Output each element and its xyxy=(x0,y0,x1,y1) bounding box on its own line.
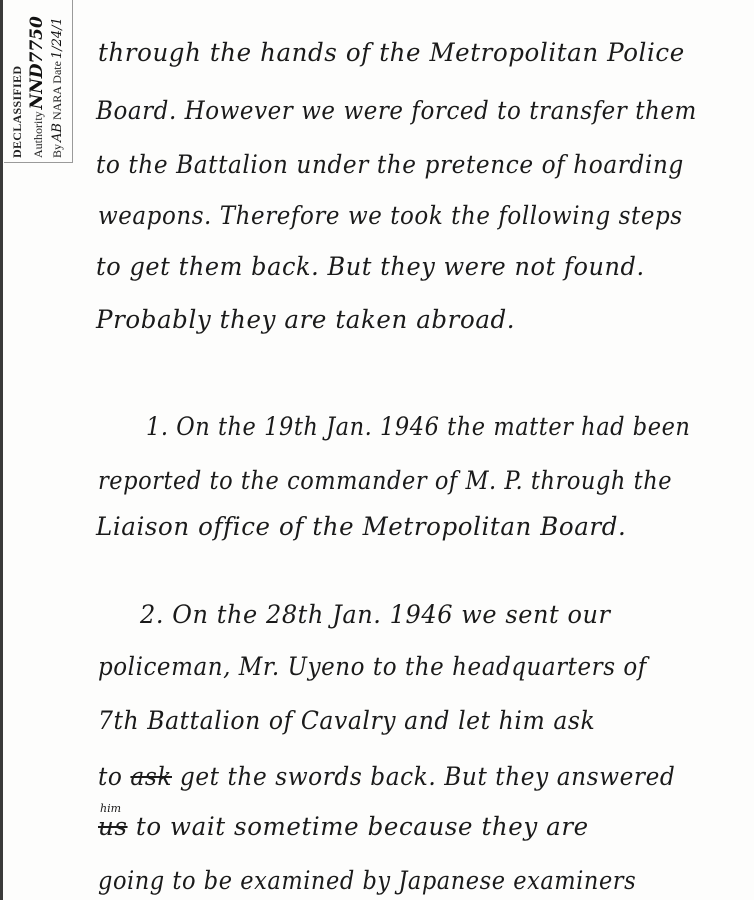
text-line: Board. However we were forced to transfe… xyxy=(96,96,697,125)
text-line: policeman, Mr. Uyeno to the headquarters… xyxy=(98,652,647,681)
handwritten-page: through the hands of the Metropolitan Po… xyxy=(0,0,754,900)
struck-word: ask xyxy=(130,762,172,791)
text-line: reported to the commander of M. P. throu… xyxy=(98,466,672,495)
text-line: Probably they are taken abroad. xyxy=(96,305,515,334)
text-line: weapons. Therefore we took the following… xyxy=(98,201,683,230)
text-line: 2. On the 28th Jan. 1946 we sent our xyxy=(140,600,611,629)
text-line: to ask get the swords back. But they ans… xyxy=(98,762,675,791)
text-line: through the hands of the Metropolitan Po… xyxy=(98,38,685,67)
text-segment: to wait sometime because they are xyxy=(128,812,589,841)
text-line: to the Battalion under the pretence of h… xyxy=(96,150,684,179)
text-line: to get them back. But they were not foun… xyxy=(96,252,645,281)
text-line: Liaison office of the Metropolitan Board… xyxy=(96,512,626,541)
text-line: 7th Battalion of Cavalry and let him ask xyxy=(98,706,595,735)
text-line: 1. On the 19th Jan. 1946 the matter had … xyxy=(146,412,690,441)
text-segment: to xyxy=(98,762,130,791)
text-line: us to wait sometime because they are xyxy=(98,812,589,841)
struck-word: us xyxy=(98,812,128,841)
text-segment: get the swords back. But they answered xyxy=(172,762,675,791)
text-line: going to be examined by Japanese examine… xyxy=(98,866,636,895)
